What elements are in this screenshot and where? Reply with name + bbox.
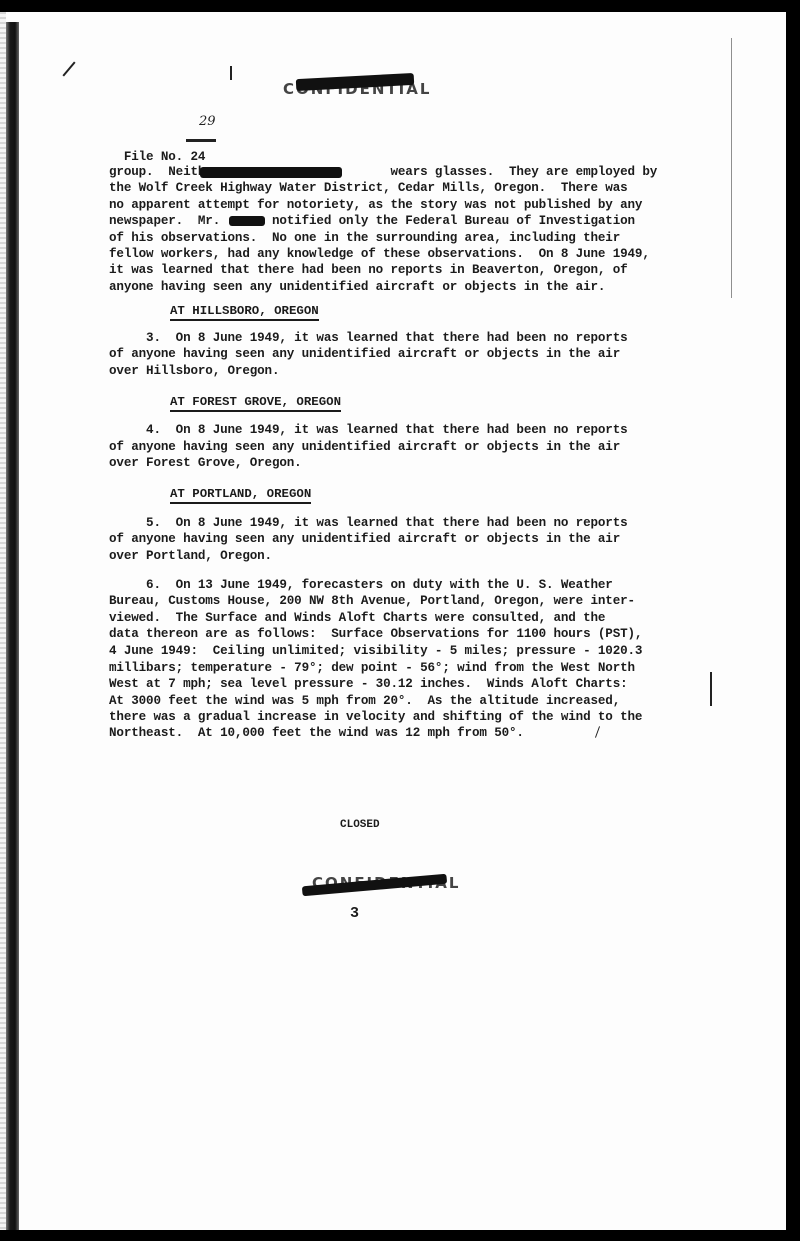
text-line: it was learned that there had been no re… (109, 262, 628, 278)
file-label: File No. (124, 150, 183, 164)
text-line: 5. On 8 June 1949, it was learned that t… (109, 515, 628, 531)
scan-binding-shadow (6, 22, 19, 1230)
text-line: Bureau, Customs House, 200 NW 8th Avenue… (109, 593, 635, 609)
section-heading-forest-grove: AT FOREST GROVE, OREGON (170, 395, 341, 412)
text-line: of his observations. No one in the surro… (109, 230, 620, 246)
text-line: over Portland, Oregon. (109, 548, 272, 564)
text-line: anyone having seen any unidentified airc… (109, 279, 605, 295)
closed-status: CLOSED (340, 819, 380, 831)
text-line: 6. On 13 June 1949, forecasters on duty … (109, 577, 613, 593)
text-line: no apparent attempt for notoriety, as th… (109, 197, 642, 213)
text-line: of anyone having seen any unidentified a… (109, 346, 620, 362)
text-line: data thereon are as follows: Surface Obs… (109, 626, 642, 642)
file-number: 24 (191, 150, 206, 164)
text-line: West at 7 mph; sea level pressure - 30.1… (109, 676, 628, 692)
scan-artifact-line (731, 38, 732, 298)
page-number: 3 (350, 906, 359, 922)
text-line: viewed. The Surface and Winds Aloft Char… (109, 610, 605, 626)
file-number-strikeout (186, 139, 216, 142)
stray-mark (230, 66, 232, 80)
redaction-name (229, 216, 265, 226)
text-line: 3. On 8 June 1949, it was learned that t… (109, 330, 628, 346)
text-line: of anyone having seen any unidentified a… (109, 531, 620, 547)
section-heading-hillsboro: AT HILLSBORO, OREGON (170, 304, 319, 321)
text-line: 4. On 8 June 1949, it was learned that t… (109, 422, 628, 438)
margin-bracket-mark (710, 672, 712, 706)
text-line: over Forest Grove, Oregon. (109, 455, 302, 471)
file-number-label: File No. 24 (109, 133, 205, 166)
text-line: over Hillsboro, Oregon. (109, 363, 279, 379)
text-line: there was a gradual increase in velocity… (109, 709, 642, 725)
text-line: of anyone having seen any unidentified a… (109, 439, 620, 455)
text-line: Northeast. At 10,000 feet the wind was 1… (109, 725, 524, 741)
text-line: fellow workers, had any knowledge of the… (109, 246, 650, 262)
redaction-names (200, 167, 342, 178)
text-line: millibars; temperature - 79°; dew point … (109, 660, 635, 676)
section-heading-portland: AT PORTLAND, OREGON (170, 487, 311, 504)
text-line: group. Neither wears glasses. They are e… (109, 164, 657, 180)
text-line: newspaper. Mr. notified only the Federal… (109, 213, 635, 229)
text-line: At 3000 feet the wind was 5 mph from 20°… (109, 693, 620, 709)
text-line: the Wolf Creek Highway Water District, C… (109, 180, 628, 196)
text-line: 4 June 1949: Ceiling unlimited; visibili… (109, 643, 642, 659)
handwritten-file-number: 29 (199, 114, 216, 129)
